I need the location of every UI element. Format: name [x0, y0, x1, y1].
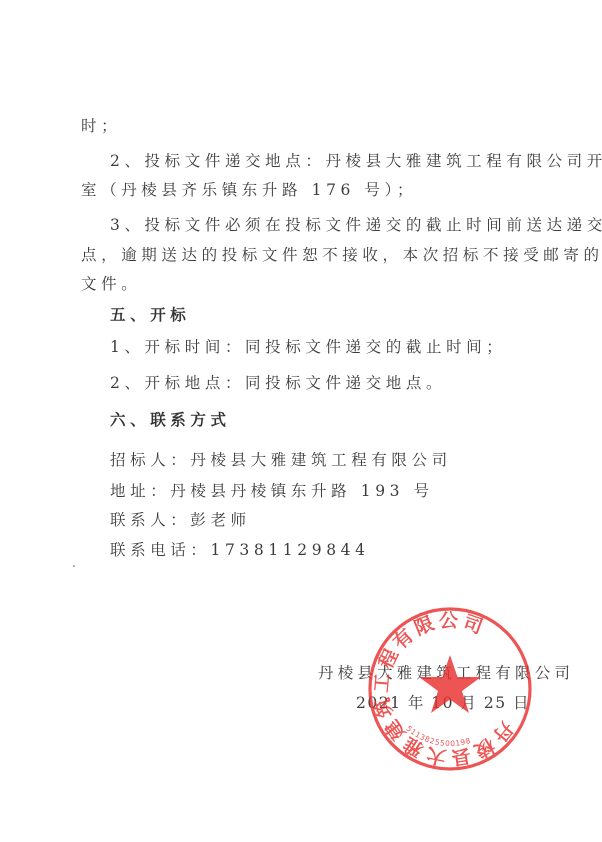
contact-tenderer: 招标人：丹棱县大雅建筑工程有限公司 [110, 450, 452, 470]
document-page: 时； 2、投标文件递交地点：丹棱县大雅建筑工程有限公司开标 室（丹棱县齐乐镇东升… [0, 0, 602, 842]
signature-company: 丹棱县大雅建筑工程有限公司 [318, 663, 574, 683]
company-seal-stamp: 丹棱县大雅建筑工程有限公司 5113825500198 [364, 603, 536, 775]
scan-speck [73, 565, 75, 567]
text-line-item3-cont1: 点，逾期送达的投标文件恕不接收，本次招标不接受邮寄的投标 [81, 245, 602, 265]
section6-heading: 六、联系方式 [110, 410, 231, 430]
section5-item-2: 2、开标地点：同投标文件递交地点。 [110, 373, 446, 393]
stamp-code: 5113825500198 [405, 724, 472, 748]
contact-address: 地址：丹棱县丹棱镇东升路 193 号 [110, 481, 434, 501]
signature-date: 2021 年 10 月 25 日 [356, 693, 530, 713]
stamp-ring-text: 丹棱县大雅建筑工程有限公司 [364, 603, 536, 775]
section5-item-1: 1、开标时间：同投标文件递交的截止时间； [110, 337, 506, 357]
text-line-continuation: 时； [81, 116, 121, 136]
contact-phone: 联系电话：17381129844 [110, 540, 370, 560]
section5-heading: 五、开标 [110, 305, 190, 325]
text-line-item2-cont: 室（丹棱县齐乐镇东升路 176 号）； [81, 180, 417, 200]
text-line-item3-cont2: 文件。 [81, 274, 141, 294]
contact-person: 联系人：彭老师 [110, 510, 251, 530]
text-line-item3: 3、投标文件必须在投标文件递交的截止时间前送达递交地 [110, 215, 602, 235]
text-line-item2: 2、投标文件递交地点：丹棱县大雅建筑工程有限公司开标 [110, 151, 602, 171]
